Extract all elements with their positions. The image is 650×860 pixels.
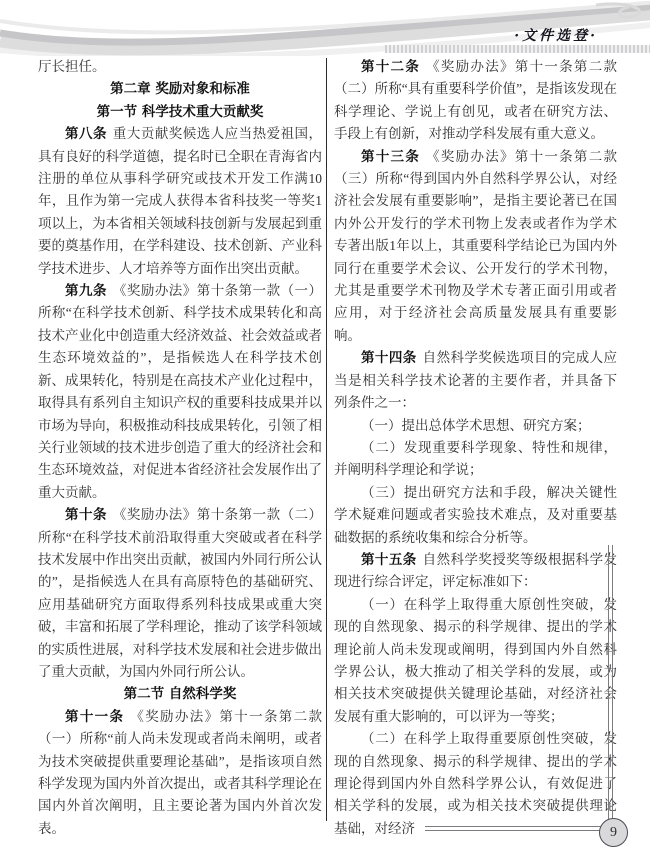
column-divider: [326, 58, 327, 821]
footer-rule-vertical: [608, 545, 613, 820]
list-item-paragraph: （一）在科学上取得重大原创性突破，发现的自然现象、揭示的科学规律、提出的学术理论…: [334, 594, 617, 728]
article-number: 第九条: [65, 283, 113, 299]
article-number: 第十二条: [361, 59, 426, 75]
document-page: ·文件选登· 厅长担任。第二章 奖励对象和标准第一节 科学技术重大贡献奖第八条重…: [0, 0, 650, 860]
article-number: 第十五条: [361, 552, 423, 568]
article-paragraph: 第十条《奖励办法》第十条第一款（二）所称“在科学技术前沿取得重大突破或者在科学技…: [38, 504, 322, 683]
article-number: 第十一条: [65, 709, 130, 725]
continuation-paragraph: 厅长担任。: [38, 56, 322, 78]
article-paragraph: 第十三条《奖励办法》第十一条第二款（三）所称“得到国内外自然科学界公认，对经济社…: [334, 146, 617, 348]
section-heading: 第二章 奖励对象和标准: [38, 78, 322, 100]
list-item-paragraph: （二）发现重要科学现象、特性和规律，并阐明科学理论和学说；: [334, 437, 617, 482]
article-paragraph: 第十一条《奖励办法》第十一条第二款（一）所称“前人尚未发现或者尚未阐明，或者为技…: [38, 706, 322, 840]
section-heading: 第二节 自然科学奖: [38, 683, 322, 705]
article-paragraph: 第十五条自然科学奖授奖等级根据科学发现进行综合评定，评定标准如下：: [334, 549, 617, 594]
article-paragraph: 第十四条自然科学奖候选项目的完成人应当是相关科学技术论著的主要作者，并具备下列条…: [334, 347, 617, 414]
footer-rule-horizontal: [425, 826, 601, 831]
header-stripe-bar: [385, 45, 650, 53]
page-number: 9: [610, 825, 617, 841]
section-heading: 第一节 科学技术重大贡献奖: [38, 101, 322, 123]
article-paragraph: 第八条重大贡献奖候选人应当热爱祖国，具有良好的科学道德，提名时已全职在青海省内注…: [38, 123, 322, 280]
article-number: 第十四条: [361, 350, 423, 366]
article-paragraph: 第十二条《奖励办法》第十一条第二款（二）所称“具有重要科学价值”，是指该发现在科…: [334, 56, 617, 146]
list-item-paragraph: （一）提出总体学术思想、研究方案；: [334, 415, 617, 437]
header-title: ·文件选登·: [514, 25, 598, 45]
article-paragraph: 第九条《奖励办法》第十条第一款（一）所称“在科学技术创新、科学技术成果转化和高技…: [38, 280, 322, 504]
article-number: 第十条: [65, 507, 113, 523]
list-item-paragraph: （三）提出研究方法和手段，解决关键性学术疑难问题或者实验技术难点，及对重要基础数…: [334, 482, 617, 549]
article-number: 第八条: [65, 126, 113, 142]
list-item-paragraph: （二）在科学上取得重要原创性突破，发现的自然现象、揭示的科学规律、提出的学术理论…: [334, 728, 617, 840]
left-column: 厅长担任。第二章 奖励对象和标准第一节 科学技术重大贡献奖第八条重大贡献奖候选人…: [38, 56, 322, 840]
page-number-badge: 9: [599, 818, 628, 847]
right-column: 第十二条《奖励办法》第十一条第二款（二）所称“具有重要科学价值”，是指该发现在科…: [334, 56, 617, 840]
article-number: 第十三条: [361, 149, 426, 165]
